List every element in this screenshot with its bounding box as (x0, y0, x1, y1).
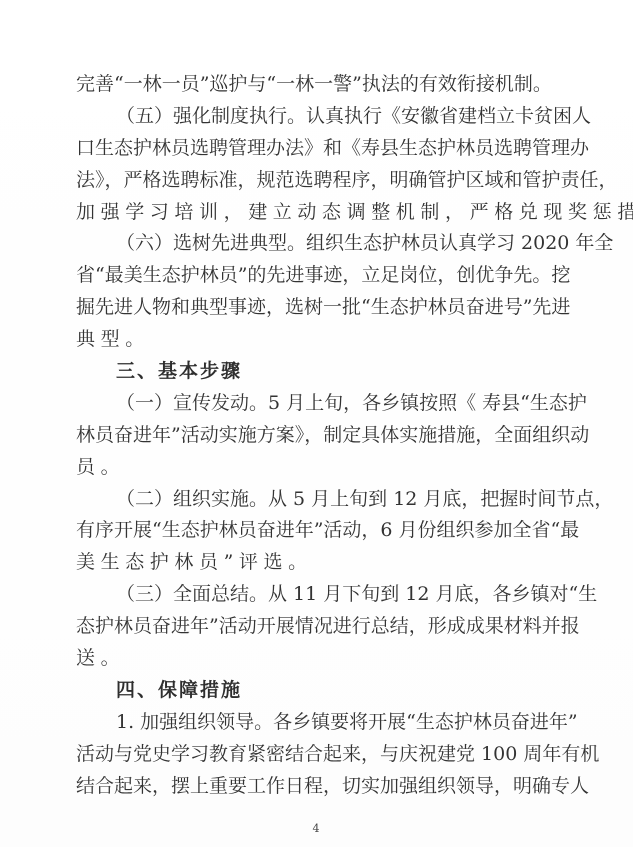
paragraph-line: 掘先进人物和典型事迹，选树一批“生态护林员奋进号”先进 (76, 292, 550, 324)
paragraph-line-section-5: （五）强化制度执行。认真执行《安徽省建档立卡贫困人 (76, 101, 550, 133)
section-heading-basic-steps: 三、基本步骤 (76, 356, 550, 388)
paragraph-line: 美生态护林员”评选。 (76, 547, 550, 579)
paragraph-line: 完善“一林一员”巡护与“一林一警”执法的有效衔接机制。 (76, 69, 550, 101)
paragraph-line-section-6: （六）选树先进典型。组织生态护林员认真学习 2020 年全 (76, 228, 550, 260)
paragraph-line: 员。 (76, 452, 550, 484)
paragraph-line: 活动与党史学习教育紧密结合起来，与庆祝建党 100 周年有机 (76, 739, 550, 771)
document-page: 完善“一林一员”巡护与“一林一警”执法的有效衔接机制。 （五）强化制度执行。认真… (0, 0, 633, 847)
paragraph-line-measure-1: 1. 加强组织领导。各乡镇要将开展“生态护林员奋进年” (76, 707, 550, 739)
paragraph-line: 口生态护林员选聘管理办法》和《寿县生态护林员选聘管理办 (76, 133, 550, 165)
section-heading-safeguards: 四、保障措施 (76, 675, 550, 707)
paragraph-line: 加强学习培训，建立动态调整机制，严格兑现奖惩措施。 (76, 197, 550, 229)
paragraph-line: 法》，严格选聘标准，规范选聘程序，明确管护区域和管护责任， (76, 165, 550, 197)
paragraph-line: 省“最美生态护林员”的先进事迹，立足岗位，创优争先。挖 (76, 260, 550, 292)
paragraph-line: 结合起来，摆上重要工作日程，切实加强组织领导，明确专人 (76, 771, 550, 803)
paragraph-line: 林员奋进年”活动实施方案》，制定具体实施措施，全面组织动 (76, 420, 550, 452)
document-body: 完善“一林一员”巡护与“一林一警”执法的有效衔接机制。 （五）强化制度执行。认真… (76, 69, 550, 802)
page-number: 4 (308, 822, 324, 835)
paragraph-line: 送。 (76, 643, 550, 675)
paragraph-line: 态护林员奋进年”活动开展情况进行总结，形成成果材料并报 (76, 611, 550, 643)
paragraph-line-step-3: （三）全面总结。从 11 月下旬到 12 月底，各乡镇对“生 (76, 579, 550, 611)
paragraph-line: 典型。 (76, 324, 550, 356)
paragraph-line-step-1: （一）宣传发动。5 月上旬，各乡镇按照《 寿县“生态护 (76, 388, 550, 420)
paragraph-line-step-2: （二）组织实施。从 5 月上旬到 12 月底，把握时间节点， (76, 484, 550, 516)
paragraph-line: 有序开展“生态护林员奋进年”活动，6 月份组织参加全省“最 (76, 515, 550, 547)
